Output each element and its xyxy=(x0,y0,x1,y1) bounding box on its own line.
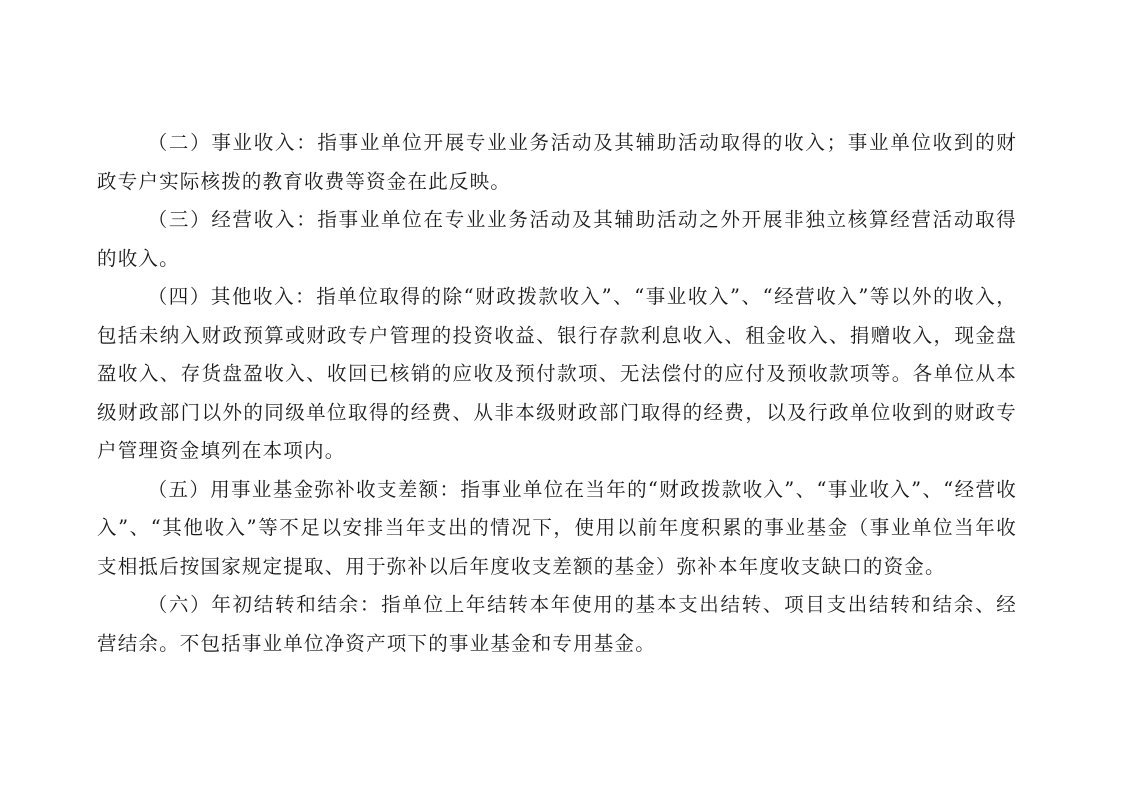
paragraph-label: （二）事业收入： xyxy=(148,131,318,154)
paragraph-text: 指单位取得的除“财政拨款收入”、“事业收入”、“经营收入”等以外的收入，包括未纳… xyxy=(97,285,1017,462)
paragraph-label: （三）经营收入： xyxy=(148,208,318,231)
paragraph-business-income: （二）事业收入：指事业单位开展专业业务活动及其辅助活动取得的收入；事业单位收到的… xyxy=(97,124,1017,201)
paragraph-label: （六）年初结转和结余： xyxy=(148,593,381,616)
paragraph-label: （五）用事业基金弥补收支差额： xyxy=(148,478,461,501)
paragraph-operating-income: （三）经营收入：指事业单位在专业业务活动及其辅助活动之外开展非独立核算经营活动取… xyxy=(97,201,1017,278)
paragraph-other-income: （四）其他收入：指单位取得的除“财政拨款收入”、“事业收入”、“经营收入”等以外… xyxy=(97,278,1017,471)
paragraph-carryover-balance: （六）年初结转和结余：指单位上年结转本年使用的基本支出结转、项目支出结转和结余、… xyxy=(97,586,1017,663)
paragraph-label: （四）其他收入： xyxy=(148,285,317,308)
document-body: （二）事业收入：指事业单位开展专业业务活动及其辅助活动取得的收入；事业单位收到的… xyxy=(97,124,1017,663)
paragraph-business-fund-offset: （五）用事业基金弥补收支差额：指事业单位在当年的“财政拨款收入”、“事业收入”、… xyxy=(97,471,1017,587)
